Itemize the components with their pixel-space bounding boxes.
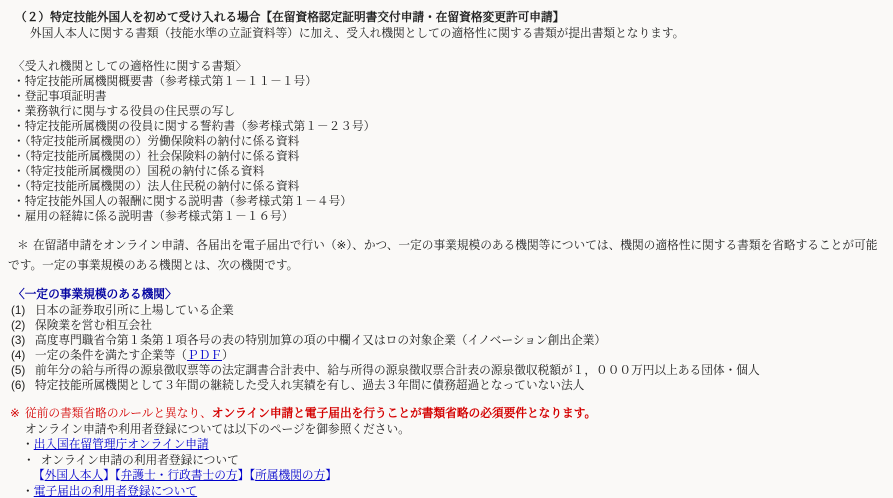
pdf-link[interactable]: ＰＤＦ bbox=[187, 349, 222, 362]
scale-item-text: 特定技能所属機関として３年間の継続した受入れ実績を有し、過去３年間に債務超過とな… bbox=[35, 378, 584, 393]
scale-item-text: 保険業を営む相互会社 bbox=[35, 318, 152, 333]
warning-text-normal: 従前の書類省略のルールと異なり、 bbox=[25, 407, 212, 420]
link-lawyer-scrivener[interactable]: 弁護士・行政書士の方 bbox=[121, 469, 238, 482]
bullet-icon: ・ bbox=[13, 165, 25, 178]
item-number: (3) bbox=[11, 333, 35, 348]
bullet-icon: ・ bbox=[13, 105, 25, 118]
item-number: (1) bbox=[11, 303, 35, 318]
bullet-icon: ・ bbox=[22, 438, 34, 451]
scale-list-item: (2)保険業を営む相互会社 bbox=[0, 318, 893, 333]
required-documents-section: 〈受入れ機関としての適格性に関する書類〉 ・特定技能所属機関概要書（参考様式第１… bbox=[0, 59, 893, 224]
document-page: （２）特定技能外国人を初めて受け入れる場合【在留資格認定証明書交付申請・在留資格… bbox=[0, 10, 893, 498]
asterisk-note-line1: 在留諸申請をオンライン申請、各届出を電子届出で行い（※）、かつ、一定の事業規模の… bbox=[33, 236, 877, 256]
warning-text-bold: オンライン申請と電子届出を行うことが書類省略の必須要件となります。 bbox=[212, 407, 596, 420]
bullet-icon: ・ bbox=[13, 150, 25, 163]
warning-note: ※ 従前の書類省略のルールと異なり、オンライン申請と電子届出を行うことが書類省略… bbox=[0, 406, 893, 498]
bracket: 【 bbox=[33, 469, 45, 482]
asterisk-note: ＊ 在留諸申請をオンライン申請、各届出を電子届出で行い（※）、かつ、一定の事業規… bbox=[0, 236, 893, 276]
scale-list-item: (3)高度専門職省令第１条第１項各号の表の特別加算の項の中欄イ又はロの対象企業（… bbox=[0, 333, 893, 348]
info-line: オンライン申請や利用者登録については以下のページを御参照ください。 bbox=[0, 422, 893, 438]
scale-list-item: (5)前年分の給与所得の源泉徴収票等の法定調書合計表中、給与所得の源泉徴収票合計… bbox=[0, 363, 893, 378]
scale-list-item: (1)日本の証券取引所に上場している企業 bbox=[0, 303, 893, 318]
document-item-text: （特定技能所属機関の）法人住民税の納付に係る資料 bbox=[25, 180, 300, 193]
document-list-item: ・業務執行に関与する役員の住民票の写し bbox=[13, 104, 893, 119]
document-item-text: （特定技能所属機関の）社会保険料の納付に係る資料 bbox=[25, 150, 300, 163]
user-registration-label: オンライン申請の利用者登録について bbox=[41, 454, 239, 467]
document-item-text: 特定技能所属機関の役員に関する誓約書（参考様式第１－２３号） bbox=[25, 120, 376, 133]
scale-item-text: 前年分の給与所得の源泉徴収票等の法定調書合計表中、給与所得の源泉徴収票合計表の源… bbox=[35, 363, 760, 378]
reference-mark-icon: ※ bbox=[10, 406, 25, 422]
scale-list-item: (6)特定技能所属機関として３年間の継続した受入れ実績を有し、過去３年間に債務超… bbox=[0, 378, 893, 393]
bracket: 】 bbox=[103, 469, 115, 482]
document-list-item: ・（特定技能所属機関の）労働保険料の納付に係る資料 bbox=[13, 134, 893, 149]
bullet-icon: ・ bbox=[13, 120, 25, 133]
item-number: (6) bbox=[11, 378, 35, 393]
link-affiliated-org[interactable]: 所属機関の方 bbox=[255, 469, 325, 482]
document-list-item: ・特定技能所属機関概要書（参考様式第１－１１－１号） bbox=[13, 74, 893, 89]
item-number: (4) bbox=[11, 348, 35, 363]
e-notification-row: ・電子届出の利用者登録について bbox=[0, 484, 893, 498]
link-e-notification-registration[interactable]: 電子届出の利用者登録について bbox=[34, 485, 197, 498]
pdf-paren-open: 一定の条件を満たす企業等（ bbox=[35, 349, 187, 362]
registration-links-row: 【外国人本人】【弁護士・行政書士の方】【所属機関の方】 bbox=[0, 468, 893, 484]
bullet-icon: ・ bbox=[13, 90, 25, 103]
business-scale-section: 〈一定の事業規模のある機関〉 (1)日本の証券取引所に上場している企業 (2)保… bbox=[0, 287, 893, 393]
bracket: 】 bbox=[325, 469, 337, 482]
document-item-text: 特定技能所属機関概要書（参考様式第１－１１－１号） bbox=[25, 75, 317, 88]
bullet-icon: ・ bbox=[22, 485, 34, 498]
document-list-item: ・（特定技能所属機関の）国税の納付に係る資料 bbox=[13, 164, 893, 179]
item-number: (2) bbox=[11, 318, 35, 333]
document-list-item: ・特定技能外国人の報酬に関する説明書（参考様式第１－４号） bbox=[13, 194, 893, 209]
bullet-icon: ・ bbox=[23, 454, 35, 467]
scale-item-text: 一定の条件を満たす企業等（ＰＤＦ） bbox=[35, 348, 234, 363]
bracket: 】 bbox=[238, 469, 250, 482]
bullet-icon: ・ bbox=[13, 180, 25, 193]
scale-item-text: 日本の証券取引所に上場している企業 bbox=[35, 303, 234, 318]
page-title: （２）特定技能外国人を初めて受け入れる場合【在留資格認定証明書交付申請・在留資格… bbox=[0, 10, 893, 26]
document-list-item: ・（特定技能所属機関の）社会保険料の納付に係る資料 bbox=[13, 149, 893, 164]
pdf-paren-close: ） bbox=[222, 349, 234, 362]
online-application-row: ・出入国在留管理庁オンライン申請 bbox=[0, 437, 893, 453]
bullet-icon: ・ bbox=[13, 135, 25, 148]
document-item-text: （特定技能所属機関の）国税の納付に係る資料 bbox=[25, 165, 265, 178]
document-list-item: ・雇用の経緯に係る説明書（参考様式第１－１６号） bbox=[13, 209, 893, 224]
scale-item-text: 高度専門職省令第１条第１項各号の表の特別加算の項の中欄イ又はロの対象企業（イノベ… bbox=[35, 333, 606, 348]
link-immigration-online-application[interactable]: 出入国在留管理庁オンライン申請 bbox=[34, 438, 209, 451]
page-subtitle: 外国人本人に関する書類（技能水準の立証資料等）に加え、受入れ機関としての適格性に… bbox=[0, 26, 893, 42]
business-scale-heading: 〈一定の事業規模のある機関〉 bbox=[0, 287, 893, 303]
document-item-text: 雇用の経緯に係る説明書（参考様式第１－１６号） bbox=[25, 210, 294, 223]
document-item-text: 業務執行に関与する役員の住民票の写し bbox=[25, 105, 235, 118]
required-documents-heading: 〈受入れ機関としての適格性に関する書類〉 bbox=[13, 59, 893, 74]
document-item-text: 登記事項証明書 bbox=[25, 90, 107, 103]
bullet-icon: ・ bbox=[13, 210, 25, 223]
warning-text: 従前の書類省略のルールと異なり、オンライン申請と電子届出を行うことが書類省略の必… bbox=[25, 406, 596, 422]
document-list-item: ・特定技能所属機関の役員に関する誓約書（参考様式第１－２３号） bbox=[13, 119, 893, 134]
bullet-icon: ・ bbox=[13, 75, 25, 88]
asterisk-marker: ＊ bbox=[17, 236, 33, 256]
bullet-icon: ・ bbox=[13, 195, 25, 208]
scale-list-item: (4) 一定の条件を満たす企業等（ＰＤＦ） bbox=[0, 348, 893, 363]
document-item-text: 特定技能外国人の報酬に関する説明書（参考様式第１－４号） bbox=[25, 195, 352, 208]
link-foreign-national[interactable]: 外国人本人 bbox=[45, 469, 103, 482]
asterisk-note-line2: です。一定の事業規模のある機関とは、次の機関です。 bbox=[0, 256, 893, 276]
document-item-text: （特定技能所属機関の）労働保険料の納付に係る資料 bbox=[25, 135, 300, 148]
user-registration-row: ・オンライン申請の利用者登録について bbox=[0, 453, 893, 469]
item-number: (5) bbox=[11, 363, 35, 378]
document-list-item: ・（特定技能所属機関の）法人住民税の納付に係る資料 bbox=[13, 179, 893, 194]
document-list-item: ・登記事項証明書 bbox=[13, 89, 893, 104]
